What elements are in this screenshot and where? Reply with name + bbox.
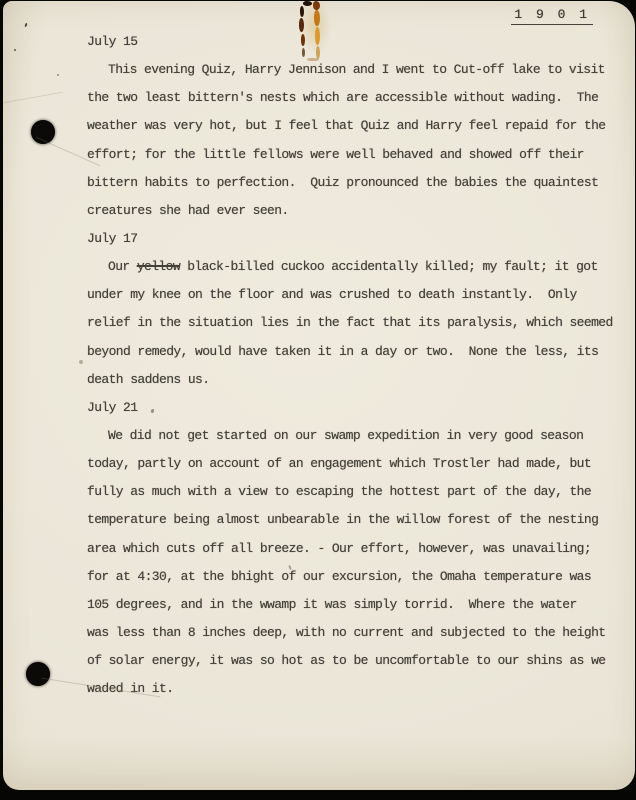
ink-speck xyxy=(14,49,16,51)
text-segment: We did not get started on our swamp expe… xyxy=(108,428,583,443)
text-line: relief in the situation lies in the fact… xyxy=(87,309,621,337)
text-segment: waded in it. xyxy=(87,681,173,696)
text-line: creatures she had ever seen. xyxy=(87,197,621,225)
text-segment: for at 4:30, at the bhight of our excurs… xyxy=(87,569,591,584)
rust-stain-mark xyxy=(299,18,304,32)
text-segment: July 21 xyxy=(87,400,137,415)
rust-stain-mark xyxy=(313,1,320,10)
rust-stain xyxy=(291,1,337,73)
text-line: effort; for the little fellows were well… xyxy=(87,141,621,169)
text-line: beyond remedy, would have taken it in a … xyxy=(87,338,621,366)
rust-stain-mark xyxy=(316,46,320,59)
text-line: Our yellow black-billed cuckoo accidenta… xyxy=(87,253,621,281)
entry-date-line: July 17 xyxy=(87,225,621,253)
text-segment: This evening Quiz, Harry Jennison and I … xyxy=(108,62,605,77)
text-line: We did not get started on our swamp expe… xyxy=(87,422,621,450)
text-segment: creatures she had ever seen. xyxy=(87,203,289,218)
text-line: fully as much with a view to escaping th… xyxy=(87,478,621,506)
journal-text: July 15This evening Quiz, Harry Jennison… xyxy=(87,28,621,703)
text-line: death saddens us. xyxy=(87,366,621,394)
text-segment: death saddens us. xyxy=(87,372,209,387)
rust-stain-mark xyxy=(315,27,320,45)
text-line: for at 4:30, at the bhight of our excurs… xyxy=(87,563,621,591)
punch-hole-bottom xyxy=(26,662,50,686)
ink-speck xyxy=(24,23,27,27)
text-line: today, partly on account of an engagemen… xyxy=(87,450,621,478)
ink-speck xyxy=(57,74,59,76)
text-segment: bittern habits to perfection. Quiz prono… xyxy=(87,175,598,190)
text-segment: July 15 xyxy=(87,34,137,49)
text-segment: was less than 8 inches deep, with no cur… xyxy=(87,625,606,640)
text-line: temperature being almost unbearable in t… xyxy=(87,506,621,534)
text-segment: under my knee on the floor and was crush… xyxy=(87,287,577,302)
text-line: waded in it. xyxy=(87,675,621,703)
text-line: 105 degrees, and in the wwamp it was sim… xyxy=(87,591,621,619)
text-segment: beyond remedy, would have taken it in a … xyxy=(87,344,598,359)
typewritten-page: 1 9 0 1 July 15This evening Quiz, Harry … xyxy=(3,1,635,790)
text-line: This evening Quiz, Harry Jennison and I … xyxy=(87,56,621,84)
text-segment: black-billed cuckoo accidentally killed;… xyxy=(180,259,598,274)
entry-date-line: July 15 xyxy=(87,28,621,56)
text-segment: the two least bittern's nests which are … xyxy=(87,90,598,105)
rust-stain-mark xyxy=(314,10,320,26)
text-segment: area which cuts off all breeze. - Our ef… xyxy=(87,541,591,556)
text-segment: of solar energy, it was so hot as to be … xyxy=(87,653,606,668)
rust-stain-mark xyxy=(303,1,312,6)
text-segment: Our xyxy=(108,259,137,274)
text-line: area which cuts off all breeze. - Our ef… xyxy=(87,535,621,563)
text-line: was less than 8 inches deep, with no cur… xyxy=(87,619,621,647)
paper-crease xyxy=(3,92,62,103)
text-segment: today, partly on account of an engagemen… xyxy=(87,456,591,471)
text-segment: effort; for the little fellows were well… xyxy=(87,147,584,162)
text-line: under my knee on the floor and was crush… xyxy=(87,281,621,309)
rust-stain-mark xyxy=(302,48,305,57)
entry-date-line: July 21 xyxy=(87,394,621,422)
text-segment: 105 degrees, and in the wwamp it was sim… xyxy=(87,597,577,612)
text-line: weather was very hot, but I feel that Qu… xyxy=(87,112,621,140)
rust-stain-mark xyxy=(301,34,305,46)
rust-stain-mark xyxy=(307,58,319,61)
text-segment: relief in the situation lies in the fact… xyxy=(87,315,613,330)
scan-background: { "document": { "year": "1 9 0 1", "line… xyxy=(0,0,636,800)
rust-stain-mark xyxy=(300,6,304,17)
text-segment: fully as much with a view to escaping th… xyxy=(87,484,591,499)
text-segment: weather was very hot, but I feel that Qu… xyxy=(87,118,606,133)
text-segment: July 17 xyxy=(87,231,137,246)
text-segment: temperature being almost unbearable in t… xyxy=(87,512,598,527)
struck-out-word: yellow xyxy=(137,259,180,274)
text-line: bittern habits to perfection. Quiz prono… xyxy=(87,169,621,197)
ink-speck xyxy=(79,360,83,364)
text-line: of solar energy, it was so hot as to be … xyxy=(87,647,621,675)
year-heading: 1 9 0 1 xyxy=(511,7,593,25)
text-line: the two least bittern's nests which are … xyxy=(87,84,621,112)
